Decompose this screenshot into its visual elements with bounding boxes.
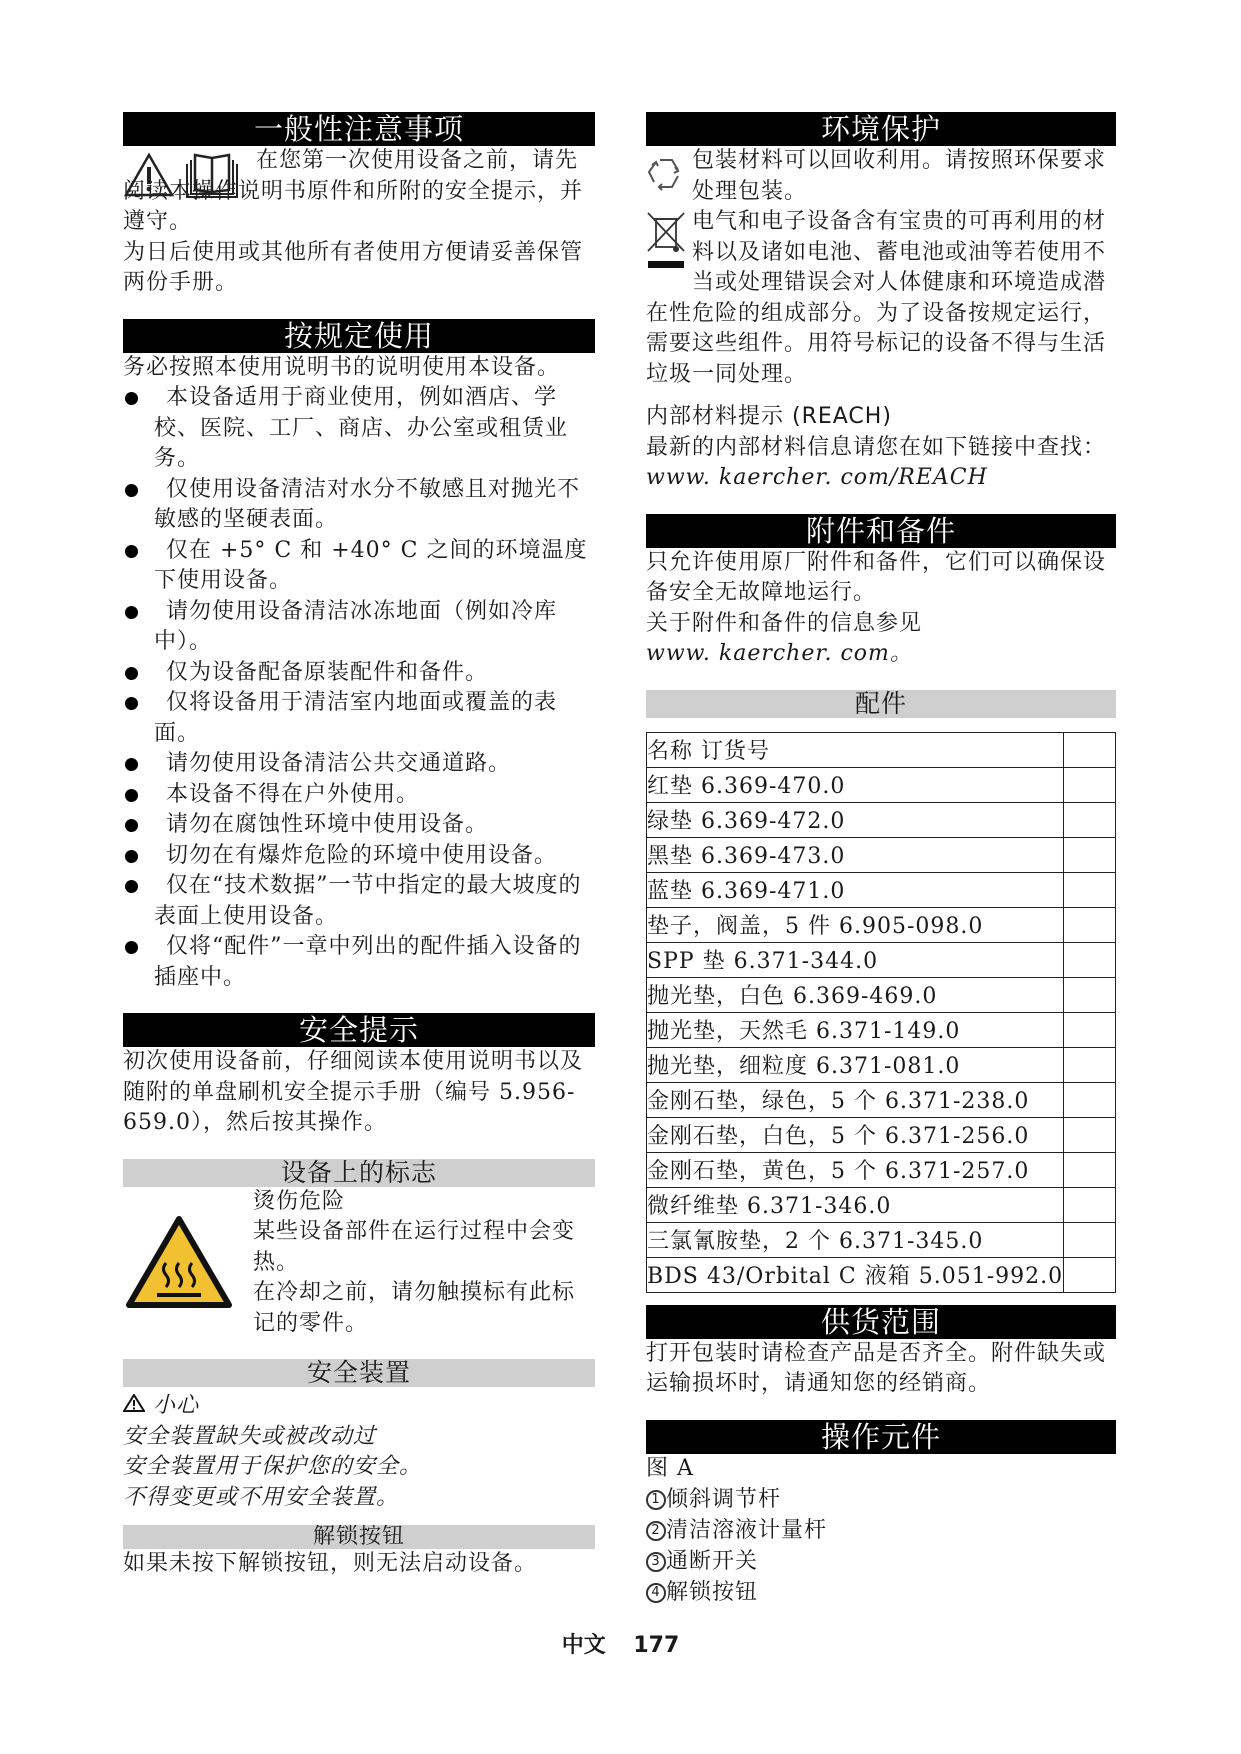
list-item: 仅使用设备清洁对水分不敏感且对抛光不敏感的坚硬表面。 — [123, 475, 595, 536]
list-item: 3通断开关 — [646, 1546, 1116, 1577]
number-circle-icon: 4 — [646, 1583, 666, 1603]
bullet-icon — [125, 667, 138, 680]
warning-triangle-icon — [123, 152, 175, 202]
bullet-icon — [125, 941, 138, 954]
recycle-block: 包装材料可以回收利用。请按照环保要求处理包装。 — [646, 146, 1116, 207]
caution-label: 小心 — [153, 1393, 199, 1418]
bullet-icon — [125, 819, 138, 832]
table-row: SPP 垫 6.371-344.0 — [647, 942, 1116, 977]
table-row: 蓝垫 6.369-471.0 — [647, 872, 1116, 907]
weee-block: 电气和电子设备含有宝贵的可再利用的材料以及诸如电池、蓄电池或油等若使用不当或处理… — [646, 207, 1116, 390]
heading-operating-elements: 操作元件 — [646, 1420, 1116, 1454]
caution-line: 小心 — [123, 1391, 595, 1422]
bullet-icon — [125, 545, 138, 558]
crossed-bin-icon — [646, 211, 686, 277]
accessories-text: 只允许使用原厂附件和备件，它们可以确保设备安全无故障地运行。 — [646, 548, 1116, 609]
accessories-info-text: 关于附件和备件的信息参见 — [646, 609, 1116, 640]
caution-triangle-icon — [123, 1391, 153, 1422]
reach-text: 最新的内部材料信息请您在如下链接中查找：www. kaercher. com/R… — [646, 433, 1116, 494]
table-row: BDS 43/Orbital C 液箱 5.051-992.0 — [647, 1257, 1116, 1292]
reach-title: 内部材料提示 (REACH) — [646, 402, 1116, 433]
page-number: 177 — [633, 1633, 679, 1658]
bullet-icon — [125, 850, 138, 863]
list-item: 本设备适用于商业使用，例如酒店、学校、医院、工厂、商店、办公室或租赁业务。 — [123, 383, 595, 475]
heading-environmental-protection: 环境保护 — [646, 112, 1116, 146]
weee-text: 电气和电子设备含有宝贵的可再利用的材料以及诸如电池、蓄电池或油等若使用不当或处理… — [646, 207, 1116, 390]
bullet-icon — [125, 606, 138, 619]
right-column: 环境保护 包装材料可以回收利用。请按照环保要求处理包装。 电气和电子设备含有宝贵… — [646, 112, 1116, 1608]
list-item: 仅在“技术数据”一节中指定的最大坡度的表面上使用设备。 — [123, 871, 595, 932]
hot-surface-warning-icon — [125, 1215, 233, 1313]
heading-accessories-spare-parts: 附件和备件 — [646, 514, 1116, 548]
table-row: 微纤维垫 6.371-346.0 — [647, 1187, 1116, 1222]
number-circle-icon: 3 — [646, 1552, 666, 1572]
safety-devices-no-modify: 不得变更或不用安全装置。 — [123, 1483, 595, 1514]
reach-link[interactable]: www. kaercher. com/REACH — [646, 465, 988, 490]
bullet-icon — [125, 789, 138, 802]
list-item: 1倾斜调节杆 — [646, 1484, 1116, 1515]
safety-devices-warning: 安全装置缺失或被改动过 — [123, 1422, 595, 1453]
unlock-button-text: 如果未按下解锁按钮，则无法启动设备。 — [123, 1549, 595, 1580]
burn-hazard-block: 烫伤危险 某些设备部件在运行过程中会变热。 在冷却之前，请勿触摸标有此标记的零件… — [123, 1187, 595, 1340]
heading-safety-devices: 安全装置 — [123, 1359, 595, 1387]
list-item: 仅为设备配备原装配件和备件。 — [123, 658, 595, 689]
list-item: 本设备不得在户外使用。 — [123, 780, 595, 811]
footer-language: 中文 — [562, 1633, 606, 1658]
intended-use-intro: 务必按照本使用说明书的说明使用本设备。 — [123, 353, 595, 384]
kaercher-link[interactable]: www. kaercher. com。 — [646, 639, 1116, 670]
heading-unlock-button: 解锁按钮 — [123, 1525, 595, 1549]
bullet-icon — [125, 697, 138, 710]
heading-general-notes: 一般性注意事项 — [123, 112, 595, 146]
bullet-icon — [125, 758, 138, 771]
table-row: 金刚石垫，绿色，5 个 6.371-238.0 — [647, 1082, 1116, 1117]
table-row: 抛光垫，白色 6.369-469.0 — [647, 977, 1116, 1012]
list-item: 2清洁溶液计量杆 — [646, 1515, 1116, 1546]
list-item: 仅将设备用于清洁室内地面或覆盖的表面。 — [123, 688, 595, 749]
table-row: 黑垫 6.369-473.0 — [647, 837, 1116, 872]
list-item: 仅在 +5° C 和 +40° C 之间的环境温度下使用设备。 — [123, 536, 595, 597]
table-row: 三氯氰胺垫，2 个 6.371-345.0 — [647, 1222, 1116, 1257]
heading-parts: 配件 — [646, 690, 1116, 718]
heading-device-symbols: 设备上的标志 — [123, 1159, 595, 1187]
table-row: 垫子，阀盖，5 件 6.905-098.0 — [647, 907, 1116, 942]
scope-of-delivery-text: 打开包装时请检查产品是否齐全。附件缺失或运输损坏时，请通知您的经销商。 — [646, 1339, 1116, 1400]
number-circle-icon: 2 — [646, 1521, 666, 1541]
intended-use-list: 本设备适用于商业使用，例如酒店、学校、医院、工厂、商店、办公室或租赁业务。 仅使… — [123, 383, 595, 993]
figure-label: 图 A — [646, 1454, 1116, 1485]
bullet-icon — [125, 880, 138, 893]
left-column: 一般性注意事项 在您第一次使用设备之前，请先阅读本操作说明书原件和所附的安全提示… — [123, 112, 595, 1580]
list-item: 仅将“配件”一章中列出的配件插入设备的插座中。 — [123, 932, 595, 993]
table-row: 红垫 6.369-470.0 — [647, 767, 1116, 802]
table-row: 金刚石垫，白色，5 个 6.371-256.0 — [647, 1117, 1116, 1152]
operating-elements-list: 1倾斜调节杆 2清洁溶液计量杆 3通断开关 4解锁按钮 — [646, 1484, 1116, 1608]
table-row: 抛光垫，细粒度 6.371-081.0 — [647, 1047, 1116, 1082]
heading-safety-instructions: 安全提示 — [123, 1013, 595, 1047]
heading-scope-of-delivery: 供货范围 — [646, 1305, 1116, 1339]
list-item: 请勿使用设备清洁公共交通道路。 — [123, 749, 595, 780]
list-item: 切勿在有爆炸危险的环境中使用设备。 — [123, 841, 595, 872]
table-row: 金刚石垫，黄色，5 个 6.371-257.0 — [647, 1152, 1116, 1187]
table-row: 绿垫 6.369-472.0 — [647, 802, 1116, 837]
list-item: 4解锁按钮 — [646, 1577, 1116, 1608]
number-circle-icon: 1 — [646, 1490, 666, 1510]
table-header-row: 名称 订货号 — [647, 732, 1116, 767]
table-row: 抛光垫，天然毛 6.371-149.0 — [647, 1012, 1116, 1047]
safety-instructions-text: 初次使用设备前，仔细阅读本使用说明书以及随附的单盘刷机安全提示手册（编号 5.9… — [123, 1047, 595, 1139]
list-item: 请勿使用设备清洁冰冻地面（例如冷库中）。 — [123, 597, 595, 658]
list-item: 请勿在腐蚀性环境中使用设备。 — [123, 810, 595, 841]
manual-book-icon — [183, 152, 241, 202]
recycle-icon — [646, 154, 686, 198]
general-notes-keep-text: 为日后使用或其他所有者使用方便请妥善保管两份手册。 — [123, 238, 595, 299]
bullet-icon — [125, 392, 138, 405]
parts-table: 名称 订货号 红垫 6.369-470.0 绿垫 6.369-472.0 黑垫 … — [646, 732, 1116, 1293]
page-footer: 中文 177 — [0, 1628, 1241, 1659]
general-notes-intro: 在您第一次使用设备之前，请先阅读本操作说明书原件和所附的安全提示，并遵守。 为日… — [123, 146, 595, 299]
bullet-icon — [125, 484, 138, 497]
heading-intended-use: 按规定使用 — [123, 319, 595, 353]
safety-devices-purpose: 安全装置用于保护您的安全。 — [123, 1452, 595, 1483]
recycle-text: 包装材料可以回收利用。请按照环保要求处理包装。 — [646, 146, 1116, 207]
burn-hazard-title: 烫伤危险 — [123, 1187, 595, 1218]
